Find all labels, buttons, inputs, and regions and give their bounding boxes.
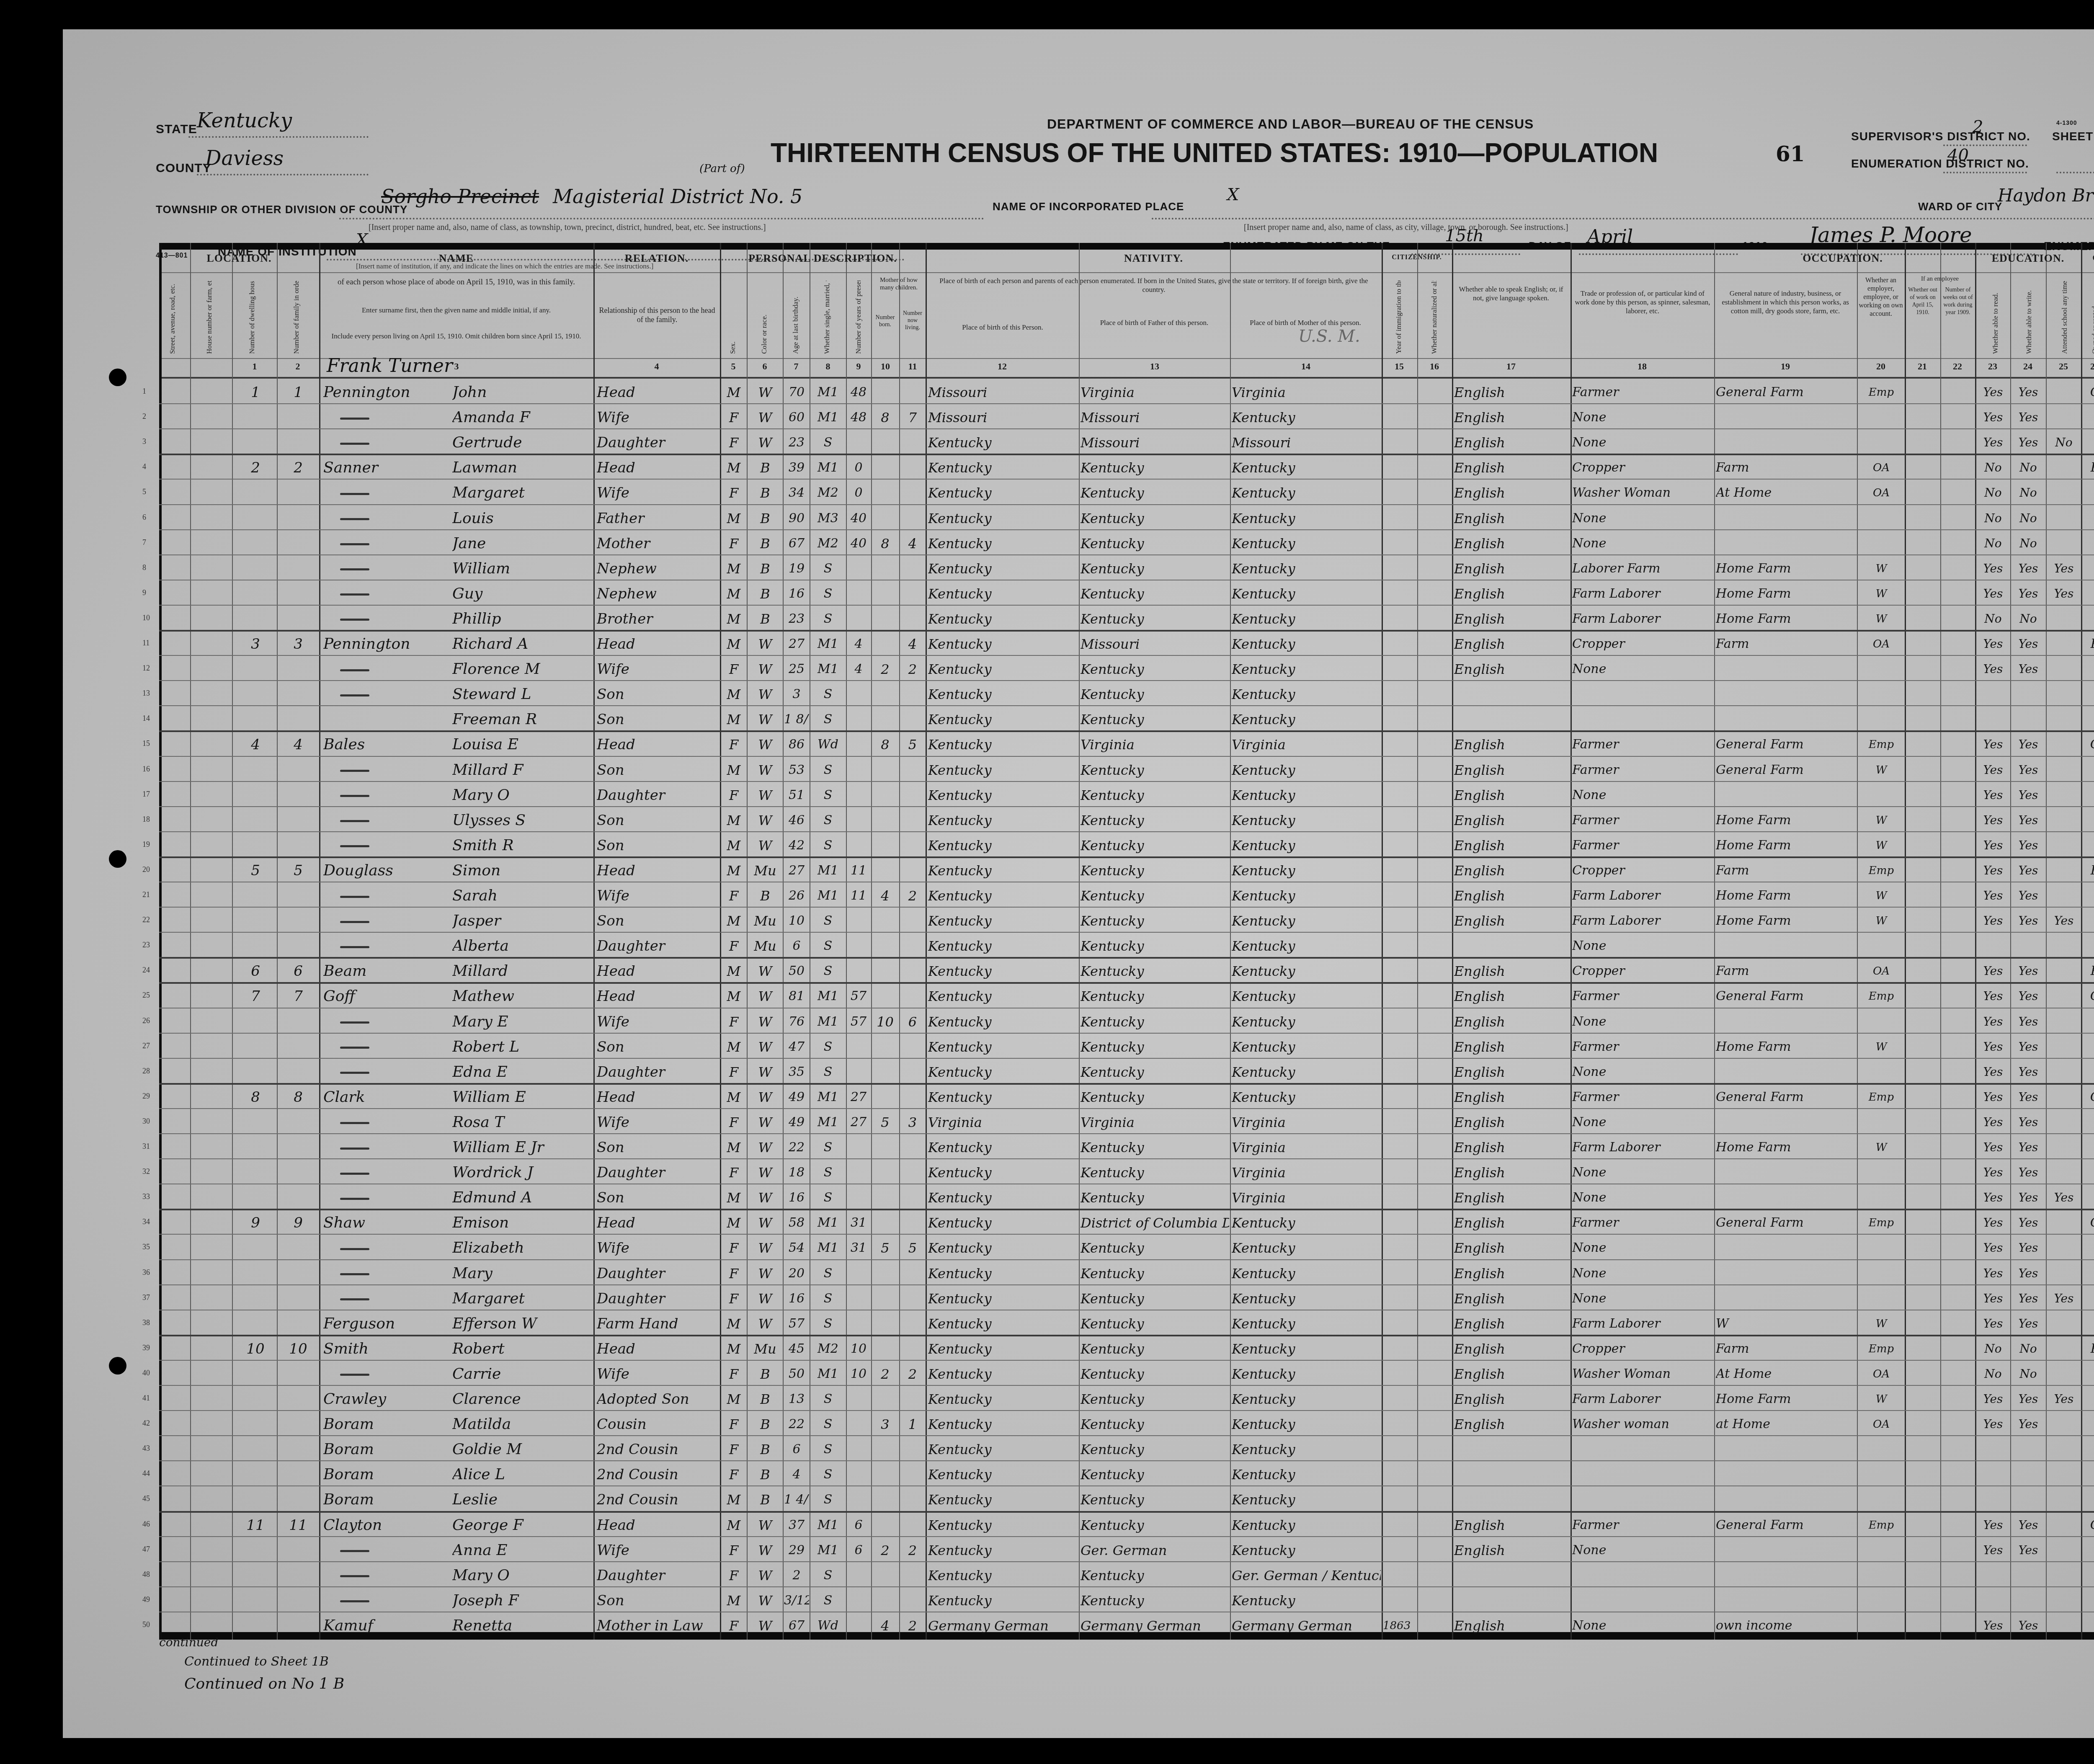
cell-nat [1418, 482, 1451, 503]
cell-bp: Kentucky [928, 684, 1078, 705]
ditto-dash-icon [340, 518, 369, 520]
line-number: 25 [142, 991, 150, 1000]
cell-surname: Boram [323, 1414, 449, 1435]
row-rule [159, 680, 2094, 681]
cell-eng: English [1454, 860, 1570, 881]
row-rule [159, 1133, 2094, 1134]
ditto-mark [323, 1037, 466, 1057]
cell-surname: Pennington [323, 634, 449, 655]
cell-ind: General Farm [1716, 1212, 1856, 1233]
cell-living [900, 1515, 925, 1536]
cell-living: 2 [900, 1615, 925, 1636]
cell-fbp: Kentucky [1081, 1162, 1229, 1183]
cell-age: 23 [784, 609, 809, 629]
cell-sch [2047, 1087, 2081, 1108]
cell-trade: Cropper [1572, 860, 1713, 881]
state-label: STATE [156, 122, 197, 137]
cell-emp: W [1859, 1137, 1904, 1158]
cell-surname: Boram [323, 1439, 449, 1460]
cell-fbp: Kentucky [1081, 1489, 1229, 1510]
ditto-dash-icon [340, 921, 369, 923]
house-number-heading: House number or farm, etc. [205, 281, 214, 354]
cell-trade: None [1572, 1288, 1713, 1309]
enumeration-label: ENUMERATION DISTRICT NO. [1851, 157, 2029, 170]
department-heading: DEPARTMENT OF COMMERCE AND LABOR—BUREAU … [1047, 116, 1534, 132]
cell-born [872, 1037, 898, 1057]
table-row: 2626Mary EWifeFW76M157106KentuckyKentuck… [159, 1008, 2094, 1033]
row-rule [159, 1008, 2094, 1008]
cell-born: 8 [872, 533, 898, 554]
cell-race: B [748, 1389, 782, 1410]
cell-sex: F [721, 407, 746, 428]
table-body: 1111PenningtonJohnHeadMW70M148MissouriVi… [159, 379, 2094, 1632]
cell-nat [1418, 1137, 1451, 1158]
cell-mbp: Kentucky [1232, 1238, 1381, 1259]
row-rule [159, 630, 2094, 632]
row-rule [159, 1435, 2094, 1436]
cell-sch [2047, 482, 2081, 503]
cell-living [900, 1212, 925, 1233]
ditto-mark [323, 1238, 466, 1259]
cell-age: 6 [784, 936, 809, 957]
cell-nat [1418, 1515, 1451, 1536]
cell-yrs [847, 1615, 870, 1636]
table-row: 3030Rosa TWifeFW49M12753VirginiaVirginia… [159, 1109, 2094, 1134]
cell-read: Yes [1976, 1515, 2010, 1536]
ditto-dash-icon [340, 418, 369, 420]
ditto-mark [323, 407, 466, 428]
cell-yrs: 48 [847, 407, 870, 428]
cell-nat [1418, 1187, 1451, 1208]
cell-ind [1716, 432, 1856, 453]
cell-fam [278, 482, 318, 503]
line-number: 30 [142, 1117, 150, 1126]
cell-read: Yes [1976, 1087, 2010, 1108]
cell-dw [235, 1137, 276, 1158]
cell-own [2082, 609, 2094, 629]
cell-rel: Daughter [597, 936, 719, 957]
cell-mbp: Kentucky [1232, 785, 1381, 806]
cell-eng: English [1454, 1238, 1570, 1259]
county-label: COUNTY [156, 161, 211, 175]
cell-sch [2047, 533, 2081, 554]
cell-yrs [847, 432, 870, 453]
cell-rel: Cousin [597, 1414, 719, 1435]
cell-race: B [748, 508, 782, 529]
cell-born [872, 1137, 898, 1158]
cell-fbp: Kentucky [1081, 785, 1229, 806]
cell-trade [1572, 1590, 1713, 1611]
ditto-mark [323, 1565, 466, 1586]
cell-race: B [748, 885, 782, 906]
cell-yrs [847, 558, 870, 579]
cell-born [872, 1288, 898, 1309]
cell-mar: M1 [811, 382, 845, 403]
cell-ind: Farm [1716, 634, 1856, 655]
cell-write: Yes [2011, 1212, 2045, 1233]
cell-imm [1383, 1212, 1416, 1233]
ditto-dash-icon [340, 1122, 369, 1124]
cell-born: 3 [872, 1414, 898, 1435]
ditto-mark [323, 609, 466, 629]
cell-age: 60 [784, 407, 809, 428]
ditto-mark [323, 1011, 466, 1032]
cell-age: 49 [784, 1112, 809, 1133]
cell-imm [1383, 1338, 1416, 1359]
cell-yrs: 31 [847, 1238, 870, 1259]
cell-eng: English [1454, 533, 1570, 554]
cell-sex: M [721, 1037, 746, 1057]
cell-sch: No [2047, 432, 2081, 453]
cell-nat [1418, 609, 1451, 629]
incorporated-value: X [1227, 185, 1239, 204]
line-number: 48 [142, 1570, 150, 1579]
cell-fbp: Kentucky [1081, 936, 1229, 957]
cell-ind [1716, 1238, 1856, 1259]
cell-eng: English [1454, 1515, 1570, 1536]
cell-trade: Farm Laborer [1572, 885, 1713, 906]
cell-sch [2047, 1590, 2081, 1611]
cell-race: W [748, 1112, 782, 1133]
cell-mar: M1 [811, 986, 845, 1007]
cell-emp: OA [1859, 1364, 1904, 1385]
cell-bp: Kentucky [928, 1439, 1078, 1460]
cell-rel: Daughter [597, 785, 719, 806]
cell-rel: Son [597, 684, 719, 705]
cell-emp [1859, 1615, 1904, 1636]
cell-eng: English [1454, 760, 1570, 781]
cell-sch: Yes [2047, 910, 2081, 931]
cell-surname: Boram [323, 1489, 449, 1510]
cell-eng: English [1454, 1540, 1570, 1561]
cell-living [900, 835, 925, 856]
cell-read [1976, 1590, 2010, 1611]
cell-yrs [847, 1414, 870, 1435]
cell-imm [1383, 709, 1416, 730]
cell-emp [1859, 1540, 1904, 1561]
cell-bp: Kentucky [928, 785, 1078, 806]
cell-trade [1572, 1489, 1713, 1510]
cell-mar: M3 [811, 508, 845, 529]
cell-emp [1859, 1162, 1904, 1183]
cell-fbp: Kentucky [1081, 1037, 1229, 1057]
cell-write: Yes [2011, 1087, 2045, 1108]
cell-bp: Kentucky [928, 1011, 1078, 1032]
cell-read [1976, 1489, 2010, 1510]
cell-given: Guy [452, 583, 593, 604]
cell-fbp: Kentucky [1081, 1187, 1229, 1208]
table-row: 66LouisFatherMB90M340KentuckyKentuckyKen… [159, 505, 2094, 530]
cell-given: Millard [452, 961, 593, 982]
state-value: Kentucky [197, 109, 292, 132]
row-rule [159, 1586, 2094, 1587]
cell-emp [1859, 1489, 1904, 1510]
table-row: 1010PhillipBrotherMB23SKentuckyKentuckyK… [159, 605, 2094, 630]
cell-fam [278, 1464, 318, 1485]
cell-read [1976, 1464, 2010, 1485]
cell-yrs [847, 936, 870, 957]
cell-born [872, 835, 898, 856]
cell-fam [278, 1112, 318, 1133]
cell-bp: Kentucky [928, 457, 1078, 478]
line-number: 47 [142, 1545, 150, 1554]
incorporated-label: NAME OF INCORPORATED PLACE [993, 200, 1184, 213]
cell-write: Yes [2011, 986, 2045, 1007]
census-page-scan: STATE Kentucky COUNTY Daviess TOWNSHIP O… [0, 0, 2094, 1764]
cell-eng: English [1454, 961, 1570, 982]
cell-imm [1383, 1187, 1416, 1208]
continued-to-note: Continued to Sheet 1B [184, 1654, 329, 1669]
line-number: 21 [142, 890, 150, 899]
cell-fbp: Kentucky [1081, 1011, 1229, 1032]
cell-sex: M [721, 961, 746, 982]
cell-bp: Kentucky [928, 986, 1078, 1007]
cell-born: 2 [872, 1364, 898, 1385]
line-number: 36 [142, 1268, 150, 1277]
cell-ind: Home Farm [1716, 1037, 1856, 1057]
row-rule [159, 655, 2094, 656]
cell-living: 2 [900, 1540, 925, 1561]
cell-fbp: Kentucky [1081, 1515, 1229, 1536]
table-row: 2727Robert LSonMW47SKentuckyKentuckyKent… [159, 1033, 2094, 1058]
cell-imm [1383, 684, 1416, 705]
ditto-dash-icon [340, 1173, 369, 1175]
line-number: 3 [142, 437, 146, 446]
cell-sch [2047, 1515, 2081, 1536]
cell-rel: Adopted Son [597, 1389, 719, 1410]
cell-dw [235, 583, 276, 604]
ditto-dash-icon [340, 543, 369, 545]
cell-fam: 4 [278, 734, 318, 755]
cell-fam: 2 [278, 457, 318, 478]
cell-read: Yes [1976, 785, 2010, 806]
ditto-dash-icon [340, 593, 369, 596]
cell-write [2011, 1565, 2045, 1586]
cell-fam: 10 [278, 1338, 318, 1359]
cell-trade [1572, 1464, 1713, 1485]
cell-imm [1383, 1037, 1416, 1057]
line-number: 24 [142, 966, 150, 975]
cell-imm [1383, 1062, 1416, 1083]
cell-own: O [2082, 1087, 2094, 1108]
cell-rel: Wife [597, 1011, 719, 1032]
cell-ind [1716, 1112, 1856, 1133]
cell-eng: English [1454, 382, 1570, 403]
cell-emp [1859, 1112, 1904, 1133]
cell-age: 26 [784, 885, 809, 906]
page-number: 61 [1776, 142, 1805, 166]
cell-sch [2047, 609, 2081, 629]
cell-imm [1383, 835, 1416, 856]
cell-fam [278, 432, 318, 453]
cell-fam [278, 1615, 318, 1636]
cell-nat [1418, 1489, 1451, 1510]
column-number: 7 [784, 361, 809, 372]
cell-ind: Home Farm [1716, 910, 1856, 931]
cell-fbp: Kentucky [1081, 961, 1229, 982]
cell-living [900, 558, 925, 579]
cell-dw [235, 407, 276, 428]
row-rule [159, 1561, 2094, 1562]
table-row: 1212Florence MWifeFW25M1422KentuckyKentu… [159, 655, 2094, 681]
cell-sex: M [721, 382, 746, 403]
row-rule [159, 428, 2094, 429]
cell-ind [1716, 1565, 1856, 1586]
ditto-dash-icon [340, 493, 369, 495]
cell-eng: English [1454, 634, 1570, 655]
row-rule [159, 705, 2094, 706]
ditto-mark [323, 760, 466, 781]
cell-eng: English [1454, 1414, 1570, 1435]
cell-sex: F [721, 533, 746, 554]
township-line [339, 218, 984, 219]
cell-mbp: Kentucky [1232, 1590, 1381, 1611]
table-row: 1313Steward LSonMW3SKentuckyKentuckyKent… [159, 681, 2094, 706]
cell-yrs: 10 [847, 1364, 870, 1385]
ditto-mark [323, 659, 466, 680]
cell-dw [235, 936, 276, 957]
cell-rel: Head [597, 382, 719, 403]
cell-mbp: Virginia [1232, 734, 1381, 755]
ditto-mark [323, 885, 466, 906]
cell-write: Yes [2011, 1037, 2045, 1057]
ditto-dash-icon [340, 845, 369, 847]
table-row: 2121SarahWifeFB26M11142KentuckyKentuckyK… [159, 882, 2094, 907]
cell-sch: Yes [2047, 1288, 2081, 1309]
cell-mbp: Virginia [1232, 1187, 1381, 1208]
cell-born [872, 1212, 898, 1233]
table-row: 5050KamufRenettaMother in LawFW67Wd42Ger… [159, 1612, 2094, 1637]
cell-dw: 9 [235, 1212, 276, 1233]
cell-mbp: Kentucky [1232, 1489, 1381, 1510]
cell-fbp: Kentucky [1081, 533, 1229, 554]
cell-race: W [748, 1515, 782, 1536]
row-rule [159, 781, 2094, 782]
cell-mar: S [811, 835, 845, 856]
cell-fam [278, 1565, 318, 1586]
cell-read: Yes [1976, 1615, 2010, 1636]
cell-race: W [748, 1565, 782, 1586]
township-struck: Sorgho Precinct [381, 185, 539, 208]
cell-surname: Ferguson [323, 1313, 449, 1334]
township-instructions: [Insert proper name and, also, name of c… [369, 223, 766, 232]
birth-father-heading: Place of birth of Father of this person. [1081, 318, 1228, 339]
cell-own [2082, 1238, 2094, 1259]
cell-bp: Kentucky [928, 1212, 1078, 1233]
cell-race: Mu [748, 860, 782, 881]
cell-nat [1418, 1087, 1451, 1108]
cell-dw [235, 1439, 276, 1460]
cell-surname: Boram [323, 1464, 449, 1485]
cell-sex: M [721, 1187, 746, 1208]
cell-ind: Home Farm [1716, 810, 1856, 831]
column-number: 20 [1868, 361, 1893, 372]
cell-rel: Head [597, 986, 719, 1007]
ditto-mark [323, 432, 466, 453]
ditto-mark [323, 1162, 466, 1183]
cell-trade: None [1572, 936, 1713, 957]
ditto-mark [323, 684, 466, 705]
cell-emp: Emp [1859, 1087, 1904, 1108]
cell-yrs [847, 1313, 870, 1334]
number-living-heading: Number now living. [900, 310, 925, 352]
cell-race: W [748, 986, 782, 1007]
row-rule [159, 479, 2094, 480]
cell-ind: W [1716, 1313, 1856, 1334]
cell-fam [278, 910, 318, 931]
cell-trade: Farm Laborer [1572, 609, 1713, 629]
cell-eng: English [1454, 659, 1570, 680]
cell-mbp: Kentucky [1232, 1364, 1381, 1385]
ditto-mark [323, 533, 466, 554]
cell-own [2082, 583, 2094, 604]
cell-born [872, 609, 898, 629]
cell-age: 3 [784, 684, 809, 705]
cell-sex: F [721, 1414, 746, 1435]
cell-mbp: Kentucky [1232, 508, 1381, 529]
cell-imm [1383, 1087, 1416, 1108]
table-row: 3131William E JrSonMW22SKentuckyKentucky… [159, 1134, 2094, 1159]
cell-race: W [748, 634, 782, 655]
cell-given: Jane [452, 533, 593, 554]
cell-dw [235, 684, 276, 705]
cell-born [872, 1313, 898, 1334]
cell-yrs: 0 [847, 482, 870, 503]
cell-bp: Kentucky [928, 709, 1078, 730]
cell-sch [2047, 1212, 2081, 1233]
cell-living [900, 1263, 925, 1284]
cell-nat [1418, 1238, 1451, 1259]
cell-race: Mu [748, 1338, 782, 1359]
cell-emp: W [1859, 910, 1904, 931]
cell-living: 2 [900, 885, 925, 906]
punch-hole [109, 1357, 126, 1375]
cell-born [872, 1515, 898, 1536]
cell-age: 22 [784, 1137, 809, 1158]
cell-living [900, 709, 925, 730]
cell-eng: English [1454, 1615, 1570, 1636]
stamp-mark: U.S. M. [1298, 327, 1360, 346]
cell-age: 46 [784, 810, 809, 831]
cell-born [872, 684, 898, 705]
line-number: 32 [142, 1167, 150, 1176]
row-rule [159, 504, 2094, 505]
cell-sex: M [721, 609, 746, 629]
cell-given: Alberta [452, 936, 593, 957]
cell-mar: S [811, 1464, 845, 1485]
cell-sch [2047, 835, 2081, 856]
cell-born [872, 785, 898, 806]
cell-fbp: Ger. German [1081, 1540, 1229, 1561]
cell-rel: Wife [597, 407, 719, 428]
cell-write: No [2011, 1364, 2045, 1385]
cell-ind [1716, 1062, 1856, 1083]
cell-fam [278, 1263, 318, 1284]
cell-emp [1859, 1288, 1904, 1309]
cell-sex: F [721, 1238, 746, 1259]
cell-dw: 7 [235, 986, 276, 1007]
cell-yrs [847, 609, 870, 629]
cell-age: 22 [784, 1414, 809, 1435]
cell-sex: F [721, 936, 746, 957]
cell-born [872, 986, 898, 1007]
cell-ind [1716, 533, 1856, 554]
cell-own [2082, 533, 2094, 554]
cell-mar: S [811, 583, 845, 604]
cell-dw [235, 760, 276, 781]
cell-born: 10 [872, 1011, 898, 1032]
cell-nat [1418, 407, 1451, 428]
